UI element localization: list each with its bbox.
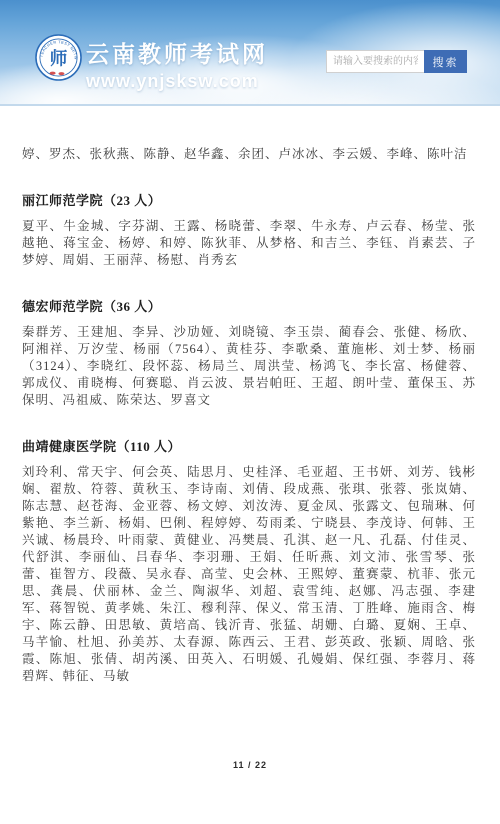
search-button[interactable]: 搜索	[424, 50, 467, 73]
site-url: www.ynjsksw.com	[86, 71, 268, 92]
section-qujing: 曲靖健康医学院（110 人） 刘玲利、常天宇、何会英、陆思月、史桂泽、毛亚超、王…	[22, 436, 476, 685]
section-name-list: 夏平、牛金城、字芬湖、王露、杨晓蕾、李翠、牛永寿、卢云春、杨莹、张越艳、蒋宝金、…	[22, 218, 476, 269]
site-name: 云南教师考试网	[86, 36, 268, 69]
teacher-badge-icon: TEACHER TEST NETWORK 师	[35, 34, 82, 81]
section-title: 丽江师范学院（23 人）	[22, 190, 476, 209]
search-box: 搜索	[326, 50, 467, 73]
site-header: TEACHER TEST NETWORK 师 云南教师考试网 www.ynjsk…	[0, 0, 500, 106]
section-title: 德宏师范学院（36 人）	[22, 296, 476, 315]
section-name-list: 刘玲利、常天宇、何会英、陆思月、史桂泽、毛亚超、王书妍、刘芳、钱彬娴、翟敖、符蓉…	[22, 464, 476, 685]
continuation-name-list: 婷、罗杰、张秋燕、陈静、赵华鑫、余团、卢冰冰、李云媛、李峰、陈叶洁	[22, 146, 476, 163]
svg-text:师: 师	[50, 48, 68, 68]
section-name-list: 秦群芳、王建旭、李异、沙劢娅、刘晓镜、李玉崇、蔺春会、张健、杨欣、阿湘祥、万汐莹…	[22, 324, 476, 409]
site-logo-icon: TEACHER TEST NETWORK 师	[35, 34, 82, 81]
brand-block: 云南教师考试网 www.ynjsksw.com	[86, 36, 268, 92]
section-dehong: 德宏师范学院（36 人） 秦群芳、王建旭、李异、沙劢娅、刘晓镜、李玉崇、蔺春会、…	[22, 296, 476, 409]
page-indicator: 11 / 22	[0, 760, 500, 770]
search-input[interactable]	[326, 50, 424, 73]
section-title: 曲靖健康医学院（110 人）	[22, 436, 476, 455]
name-list-document: 婷、罗杰、张秋燕、陈静、赵华鑫、余团、卢冰冰、李云媛、李峰、陈叶洁 丽江师范学院…	[0, 106, 500, 685]
section-lijiang: 丽江师范学院（23 人） 夏平、牛金城、字芬湖、王露、杨晓蕾、李翠、牛永寿、卢云…	[22, 190, 476, 269]
page: TEACHER TEST NETWORK 师 云南教师考试网 www.ynjsk…	[0, 0, 500, 824]
